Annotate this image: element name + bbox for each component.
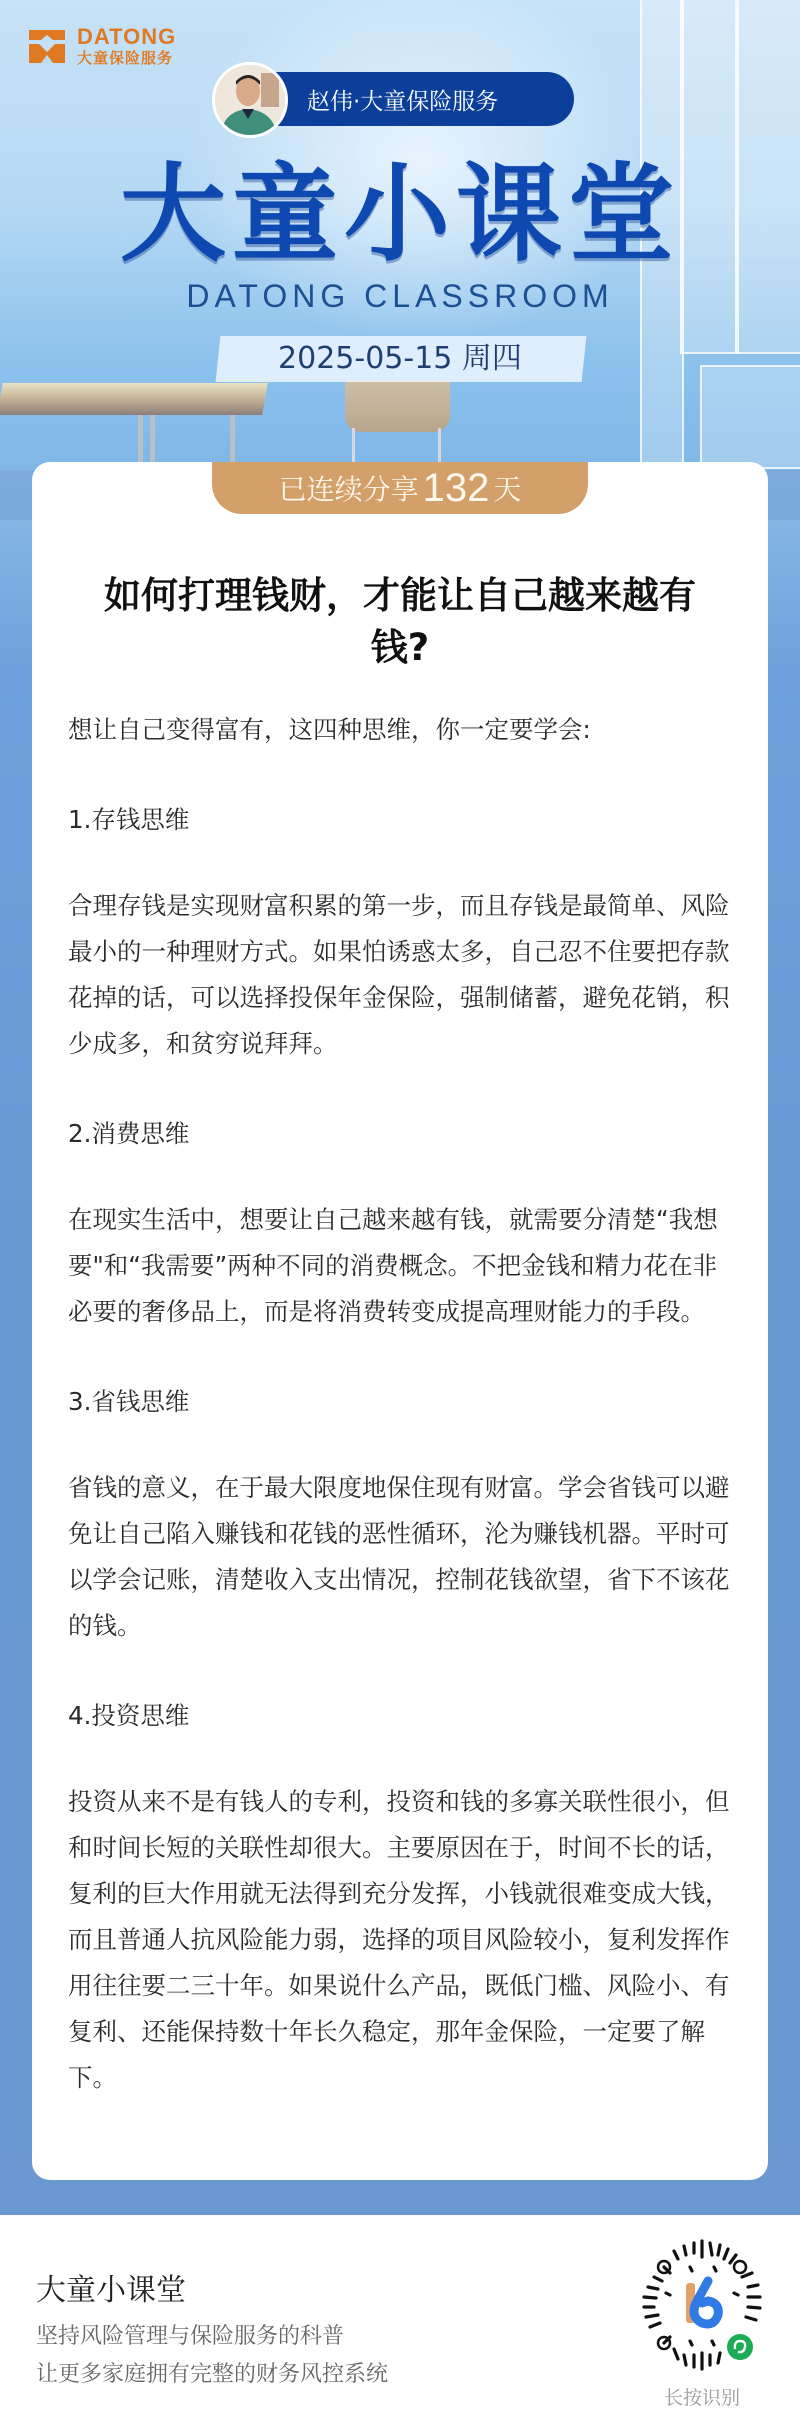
article-intro: 想让自己变得富有，这四种思维，你一定要学会: bbox=[68, 707, 736, 753]
article-card: 已连续分享 132 天 如何打理钱财，才能让自己越来越有钱? 想让自己变得富有，… bbox=[32, 462, 768, 2180]
host-name-pill: 赵伟·大童保险服务 bbox=[267, 72, 574, 126]
section-body: 合理存钱是实现财富积累的第一步，而且存钱是最简单、风险最小的一种理财方式。如果怕… bbox=[68, 883, 736, 1067]
hero-subtitle: DATONG CLASSROOM bbox=[0, 278, 800, 315]
chair bbox=[345, 380, 450, 432]
hero-title: 大童小课堂 bbox=[0, 150, 800, 280]
article-title: 如何打理钱财，才能让自己越来越有钱? bbox=[92, 570, 708, 674]
streak-badge: 已连续分享 132 天 bbox=[212, 462, 588, 514]
window-frame bbox=[700, 365, 800, 469]
hero-banner: DATONG 大童保险服务 赵伟·大童保险服务 大童小课堂 DATONG CLA… bbox=[0, 0, 800, 520]
desk bbox=[0, 383, 268, 415]
streak-suffix: 天 bbox=[493, 468, 521, 508]
avatar bbox=[212, 62, 288, 138]
streak-prefix: 已连续分享 bbox=[279, 468, 419, 508]
mini-program-qr-code-icon[interactable] bbox=[634, 2237, 770, 2373]
datong-logo-icon bbox=[27, 26, 67, 66]
section-heading: 1.存钱思维 bbox=[68, 797, 736, 843]
qr-caption: 长按识别 bbox=[634, 2383, 770, 2410]
footer-slogan-2: 让更多家庭拥有完整的财务风控系统 bbox=[36, 2357, 388, 2388]
section-heading: 2.消费思维 bbox=[68, 1111, 736, 1157]
brand-logo: DATONG 大童保险服务 bbox=[27, 26, 176, 66]
person-avatar-icon bbox=[215, 65, 285, 135]
publish-date: 2025-05-15 周四 bbox=[0, 338, 800, 380]
section-body: 省钱的意义，在于最大限度地保住现有财富。学会省钱可以避免让自己陷入赚钱和花钱的恶… bbox=[68, 1465, 736, 1649]
footer: 大童小课堂 坚持风险管理与保险服务的科普 让更多家庭拥有完整的财务风控系统 bbox=[0, 2215, 800, 2417]
section-body: 投资从来不是有钱人的专利，投资和钱的多寡关联性很小，但和时间长短的关联性却很大。… bbox=[68, 1779, 736, 2101]
logo-cn-text: 大童保险服务 bbox=[77, 51, 176, 66]
section-heading: 4.投资思维 bbox=[68, 1693, 736, 1739]
logo-en-text: DATONG bbox=[77, 26, 176, 48]
article-body: 想让自己变得富有，这四种思维，你一定要学会: 1.存钱思维 合理存钱是实现财富积… bbox=[68, 707, 736, 2145]
footer-title: 大童小课堂 bbox=[36, 2265, 186, 2309]
section-heading: 3.省钱思维 bbox=[68, 1379, 736, 1425]
section-body: 在现实生活中，想要让自己越来越有钱，就需要分清楚“我想要"和“我需要”两种不同的… bbox=[68, 1197, 736, 1335]
streak-days: 132 bbox=[423, 466, 490, 511]
footer-slogan-1: 坚持风险管理与保险服务的科普 bbox=[36, 2319, 344, 2350]
